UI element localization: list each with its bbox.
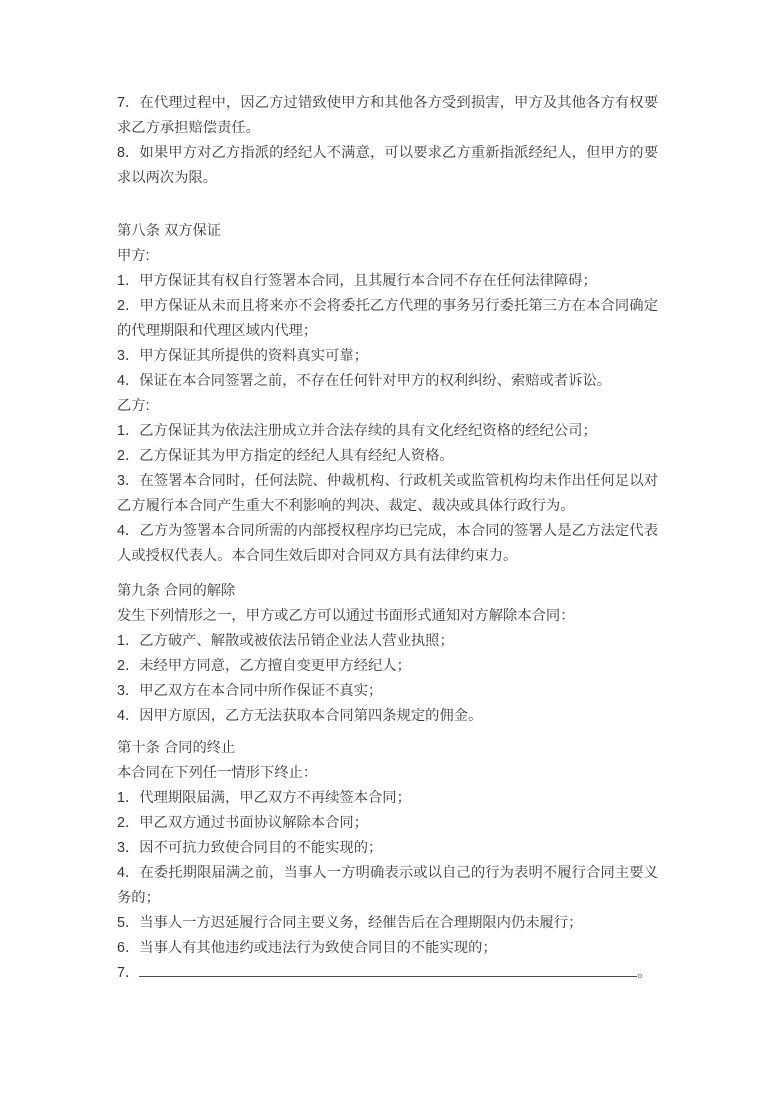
party-a-warranty-2: 2．甲方保证从未而且将来亦不会将委托乙方代理的事务另行委托第三方在本合同确定的代… <box>117 294 658 344</box>
blank-item-prefix: 7． <box>117 965 139 981</box>
section-heading-article-8: 第八条 双方保证 <box>117 219 658 244</box>
termination-item-7-blank: 7．。 <box>117 961 658 986</box>
party-a-label: 甲方: <box>117 244 658 269</box>
rescission-item-1: 1．乙方破产、解散或被依法吊销企业法人营业执照； <box>117 629 658 654</box>
party-a-warranty-1: 1．甲方保证其有权自行签署本合同，且其履行本合同不存在任何法律障碍； <box>117 269 658 294</box>
party-a-warranty-4: 4．保证在本合同签署之前，不存在任何针对甲方的权利纠纷、索赔或者诉讼。 <box>117 369 658 394</box>
party-b-warranty-2: 2．乙方保证其为甲方指定的经纪人具有经纪人资格。 <box>117 444 658 469</box>
section-heading-article-10: 第十条 合同的终止 <box>117 736 658 761</box>
party-b-warranty-3: 3．在签署本合同时，任何法院、仲裁机构、行政机关或监管机构均未作出任何足以对乙方… <box>117 469 658 519</box>
rescission-intro: 发生下列情形之一，甲方或乙方可以通过书面形式通知对方解除本合同： <box>117 604 658 629</box>
contract-document-page[interactable]: 7．在代理过程中，因乙方过错致使甲方和其他各方受到损害，甲方及其他各方有权要求乙… <box>0 0 774 1095</box>
rescission-item-4: 4．因甲方原因，乙方无法获取本合同第四条规定的佣金。 <box>117 704 658 729</box>
fill-in-blank-line <box>139 963 637 977</box>
termination-item-5: 5．当事人一方迟延履行合同主要义务，经催告后在合理期限内仍未履行； <box>117 911 658 936</box>
termination-item-4: 4．在委托期限届满之前，当事人一方明确表示或以自己的行为表明不履行合同主要义务的… <box>117 861 658 911</box>
clause-reassign-agent: 8．如果甲方对乙方指派的经纪人不满意，可以要求乙方重新指派经纪人，但甲方的要求以… <box>117 141 658 191</box>
termination-item-6: 6．当事人有其他违约或违法行为致使合同目的不能实现的； <box>117 936 658 961</box>
party-a-warranty-3: 3．甲方保证其所提供的资料真实可靠； <box>117 344 658 369</box>
termination-item-2: 2．甲乙双方通过书面协议解除本合同； <box>117 811 658 836</box>
section-heading-article-9: 第九条 合同的解除 <box>117 579 658 604</box>
rescission-item-2: 2．未经甲方同意，乙方擅自变更甲方经纪人； <box>117 654 658 679</box>
termination-intro: 本合同在下列任一情形下终止： <box>117 761 658 786</box>
party-b-label: 乙方: <box>117 394 658 419</box>
clause-liability: 7．在代理过程中，因乙方过错致使甲方和其他各方受到损害，甲方及其他各方有权要求乙… <box>117 91 658 141</box>
party-b-warranty-1: 1．乙方保证其为依法注册成立并合法存续的具有文化经纪资格的经纪公司； <box>117 419 658 444</box>
termination-item-3: 3．因不可抗力致使合同目的不能实现的； <box>117 836 658 861</box>
termination-item-1: 1．代理期限届满，甲乙双方不再续签本合同； <box>117 786 658 811</box>
blank-item-suffix: 。 <box>637 965 651 981</box>
contract-text-body: 7．在代理过程中，因乙方过错致使甲方和其他各方受到损害，甲方及其他各方有权要求乙… <box>117 91 658 986</box>
party-b-warranty-4: 4．乙方为签署本合同所需的内部授权程序均已完成，本合同的签署人是乙方法定代表人或… <box>117 519 658 569</box>
rescission-item-3: 3．甲乙双方在本合同中所作保证不真实； <box>117 679 658 704</box>
